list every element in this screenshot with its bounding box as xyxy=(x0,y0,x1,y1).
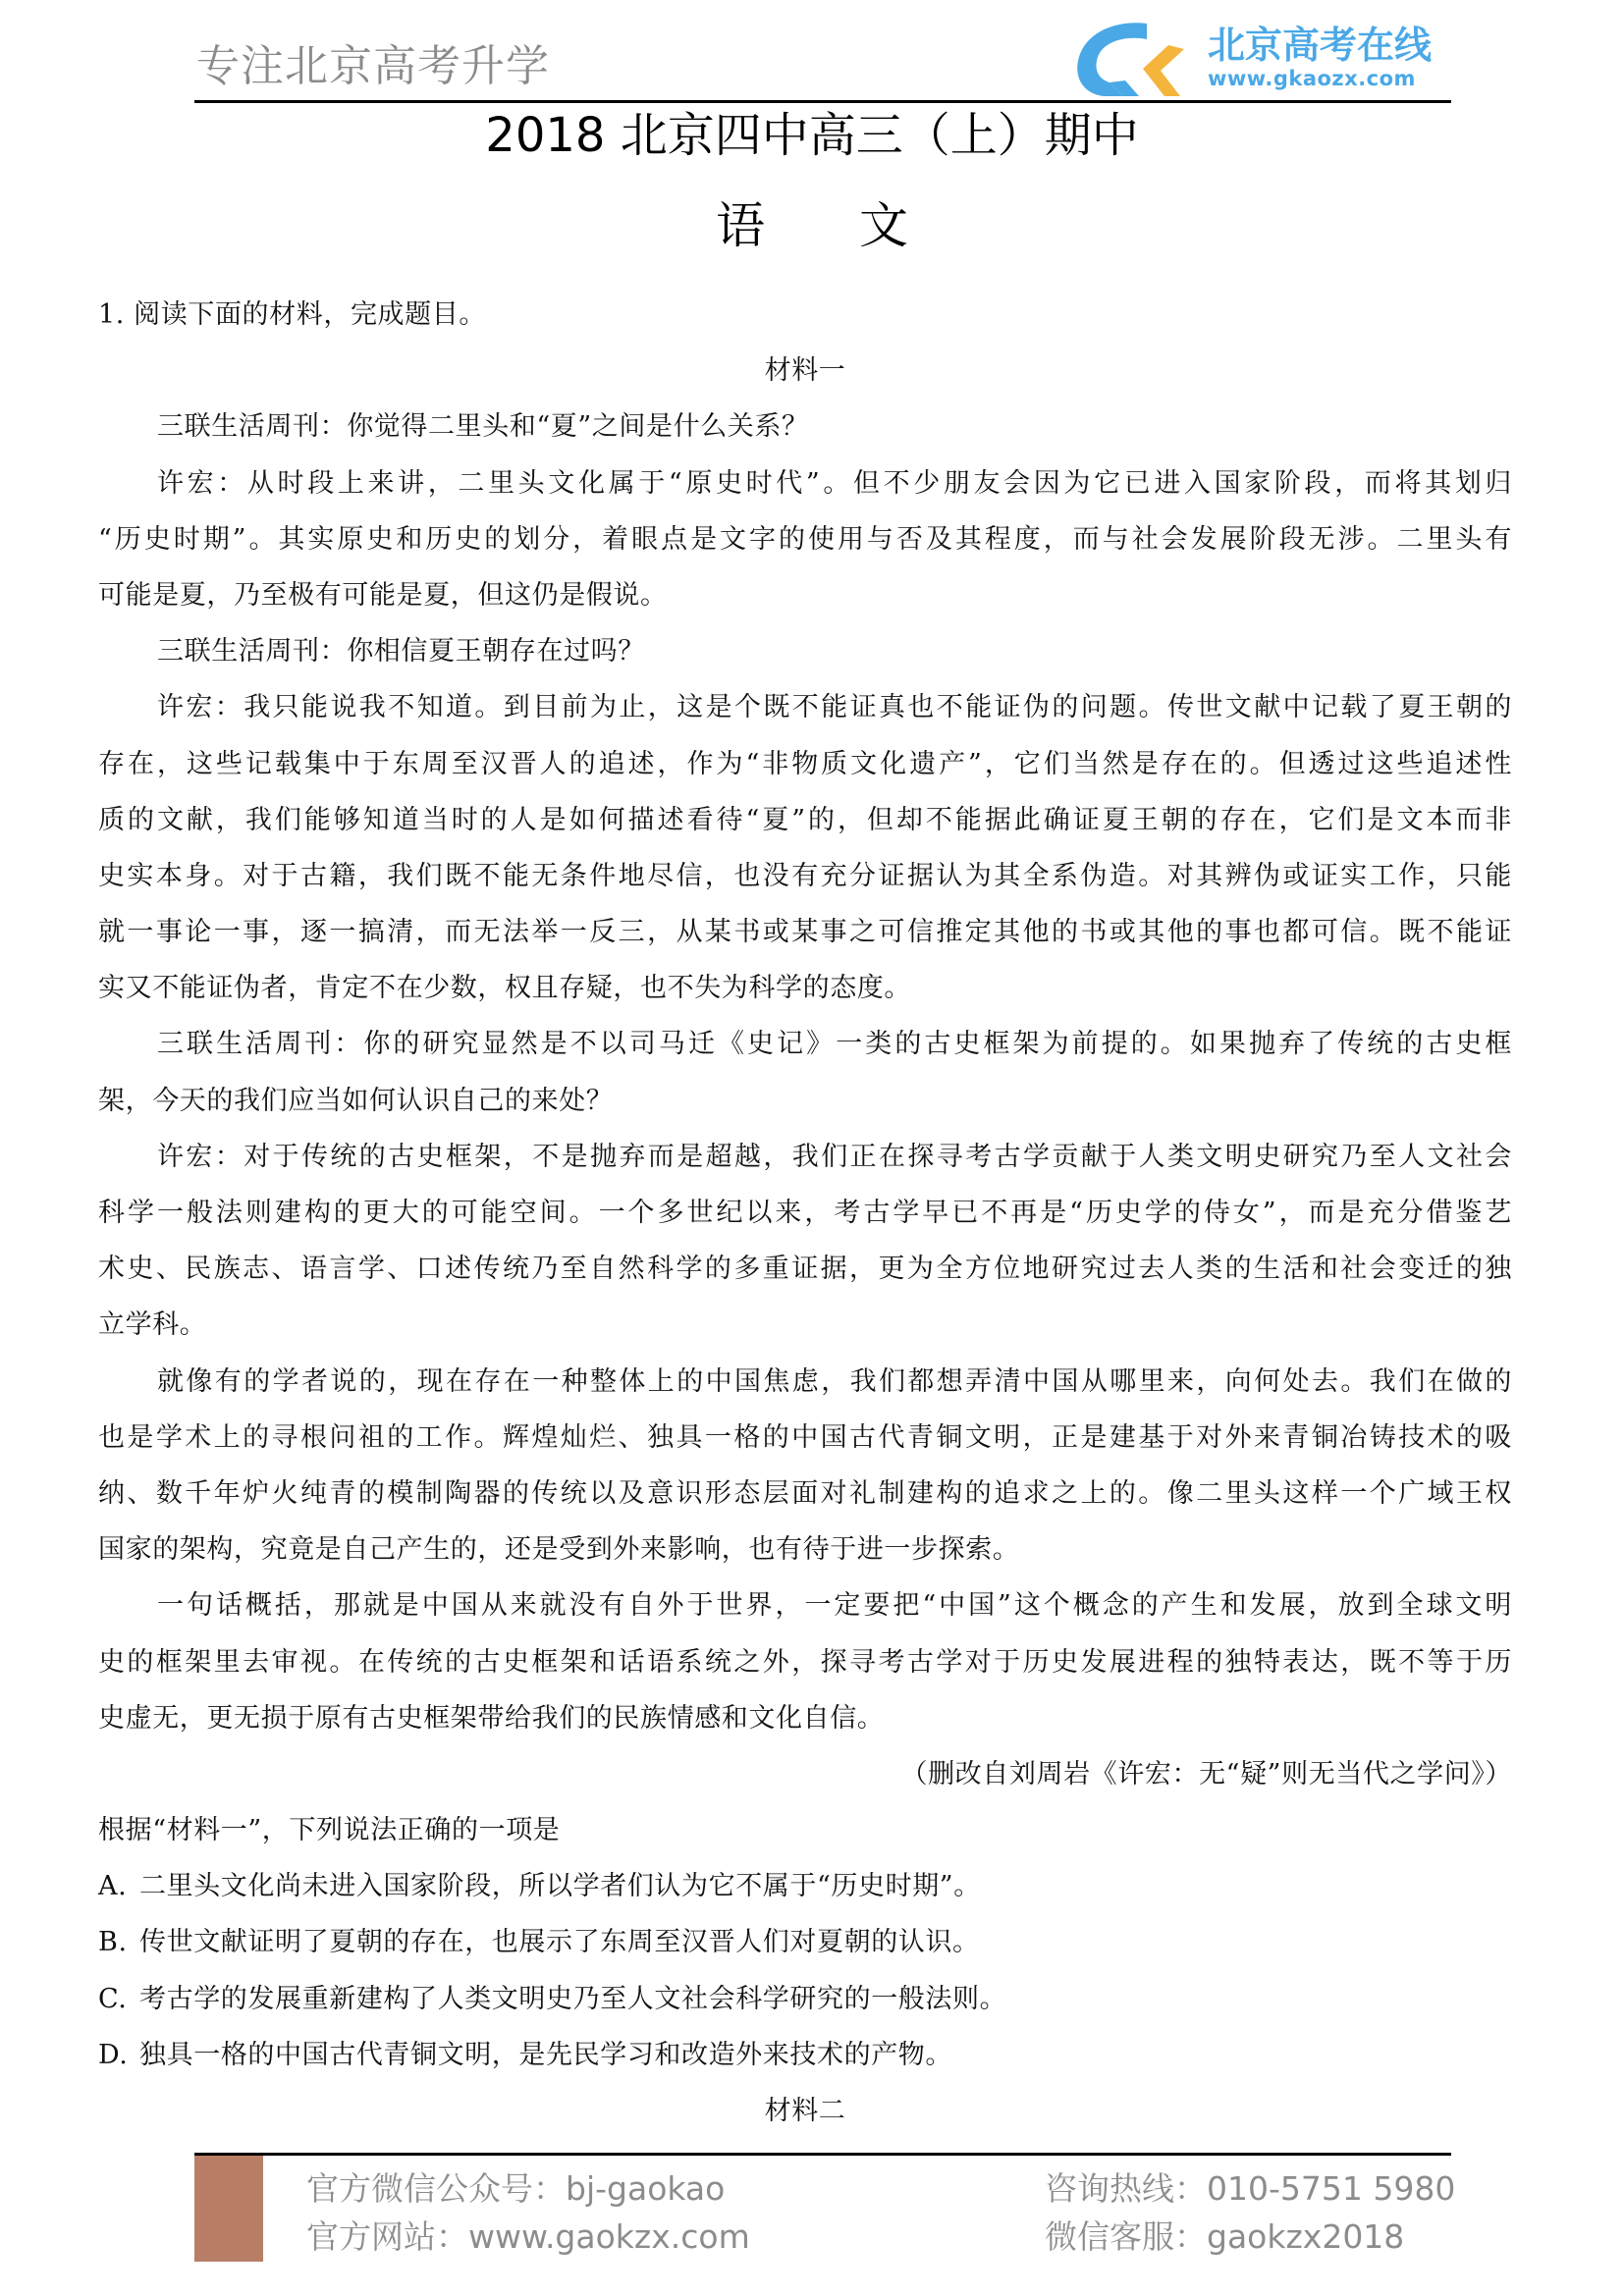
paragraph-line: 一句话概括，那就是中国从来就没有自外于世界，一定要把“中国”这个概念的产生和发展… xyxy=(98,1577,1512,1633)
paragraph-line: 也是学术上的寻根问祖的工作。辉煌灿烂、独具一格的中国古代青铜文明，正是建基于对外… xyxy=(98,1410,1512,1466)
paragraph-line: 可能是夏，乃至极有可能是夏，但这仍是假说。 xyxy=(98,567,1512,623)
document-subject: 语文 xyxy=(0,194,1624,257)
logo-name: 北京高考在线 xyxy=(1208,24,1432,67)
footer-hotline: 咨询热线：010-5751 5980 xyxy=(1045,2169,1455,2209)
paragraph-line: 就一事论一事，逐一搞清，而无法举一反三，从某书或某事之可信推定其他的书或其他的事… xyxy=(98,904,1512,960)
paragraph-line: 存在，这些记载集中于东周至汉晋人的追述，作为“非物质文化遗产”，它们当然是存在的… xyxy=(98,736,1512,792)
header-slogan: 专注北京高考升学 xyxy=(196,39,550,94)
question-prompt: 根据“材料一”，下列说法正确的一项是 xyxy=(98,1802,1512,1858)
paragraph-line: 三联生活周刊：你觉得二里头和“夏”之间是什么关系？ xyxy=(98,399,1512,454)
paragraph-line: 科学一般法则建构的更大的可能空间。一个多世纪以来，考古学早已不再是“历史学的侍女… xyxy=(98,1185,1512,1241)
option-letter: D. xyxy=(98,2027,139,2083)
footer-website-link[interactable]: 官方网站：www.gaokzx.com xyxy=(306,2217,750,2257)
footer-wechat-account: 官方微信公众号：bj-gaokao xyxy=(306,2169,725,2209)
document-title: 2018 北京四中高三（上）期中 xyxy=(0,104,1624,167)
paragraph-line: 实又不能证伪者，肯定不在少数，权且存疑，也不失为科学的态度。 xyxy=(98,960,1512,1016)
paragraph-line: 史实本身。对于古籍，我们既不能无条件地尽信，也没有充分证据认为其全系伪造。对其辨… xyxy=(98,848,1512,904)
source-citation: （删改自刘周岩《许宏：无“疑”则无当代之学问》） xyxy=(98,1746,1512,1802)
footer-divider xyxy=(194,2153,1451,2156)
option-text: 传世文献证明了夏朝的存在，也展示了东周至汉晋人们对夏朝的认识。 xyxy=(139,1927,980,1957)
question-intro: 1. 阅读下面的材料，完成题目。 xyxy=(98,287,1512,343)
paragraph-line: “历史时期”。其实原史和历史的划分，着眼点是文字的使用与否及其程度，而与社会发展… xyxy=(98,511,1512,567)
paragraph-line: 架，今天的我们应当如何认识自己的来处？ xyxy=(98,1073,1512,1129)
material-one-heading: 材料一 xyxy=(98,343,1512,399)
paragraph-line: 术史、民族志、语言学、口述传统乃至自然科学的多重证据，更为全方位地研究过去人类的… xyxy=(98,1241,1512,1297)
option-letter: C. xyxy=(98,1971,139,2027)
page-header: 专注北京高考升学 北京高考在线 www.gkaozx.com xyxy=(0,0,1624,108)
paragraph-line: 国家的架构，究竟是自己产生的，还是受到外来影响，也有待于进一步探索。 xyxy=(98,1522,1512,1577)
logo-url[interactable]: www.gkaozx.com xyxy=(1208,67,1432,90)
subject-char-2: 文 xyxy=(859,194,908,257)
paragraph-line: 许宏：我只能说我不知道。到目前为止，这是个既不能证真也不能证伪的问题。传世文献中… xyxy=(98,679,1512,735)
paragraph-line: 史的框架里去审视。在传统的古史框架和话语系统之外，探寻考古学对于历史发展进程的独… xyxy=(98,1634,1512,1690)
paragraph-line: 纳、数千年炉火纯青的模制陶器的传统以及意识形态层面对礼制建构的追求之上的。像二里… xyxy=(98,1466,1512,1522)
paragraph-line: 立学科。 xyxy=(98,1297,1512,1353)
document-body: 1. 阅读下面的材料，完成题目。 材料一 三联生活周刊：你觉得二里头和“夏”之间… xyxy=(98,287,1512,2139)
answer-option-a[interactable]: A.二里头文化尚未进入国家阶段，所以学者们认为它不属于“历史时期”。 xyxy=(98,1858,1512,1914)
option-letter: A. xyxy=(98,1858,139,1914)
paragraph-line: 质的文献，我们能够知道当时的人是如何描述看待“夏”的，但却不能据此确证夏王朝的存… xyxy=(98,792,1512,848)
answer-option-d[interactable]: D.独具一格的中国古代青铜文明，是先民学习和改造外来技术的产物。 xyxy=(98,2027,1512,2083)
option-text: 考古学的发展重新建构了人类文明史乃至人文社会科学研究的一般法则。 xyxy=(139,1984,1006,2014)
footer-accent-block xyxy=(194,2156,263,2262)
option-text: 独具一格的中国古代青铜文明，是先民学习和改造外来技术的产物。 xyxy=(139,2040,952,2070)
logo-text: 北京高考在线 www.gkaozx.com xyxy=(1208,24,1432,90)
header-divider xyxy=(194,100,1451,103)
gk-logo-icon xyxy=(1070,18,1198,98)
option-letter: B. xyxy=(98,1914,139,1970)
answer-option-b[interactable]: B.传世文献证明了夏朝的存在，也展示了东周至汉晋人们对夏朝的认识。 xyxy=(98,1914,1512,1970)
paragraph-line: 就像有的学者说的，现在存在一种整体上的中国焦虑，我们都想弄清中国从哪里来，向何处… xyxy=(98,1354,1512,1410)
paragraph-line: 史虚无，更无损于原有古史框架带给我们的民族情感和文化自信。 xyxy=(98,1690,1512,1746)
paragraph-line: 许宏：从时段上来讲，二里头文化属于“原史时代”。但不少朋友会因为它已进入国家阶段… xyxy=(98,455,1512,511)
brand-logo[interactable]: 北京高考在线 www.gkaozx.com xyxy=(1070,18,1463,98)
subject-char-1: 语 xyxy=(716,194,765,257)
material-two-heading: 材料二 xyxy=(98,2083,1512,2139)
answer-option-c[interactable]: C.考古学的发展重新建构了人类文明史乃至人文社会科学研究的一般法则。 xyxy=(98,1971,1512,2027)
footer-service-wechat: 微信客服：gaokzx2018 xyxy=(1045,2217,1404,2257)
paragraph-line: 三联生活周刊：你的研究显然是不以司马迁《史记》一类的古史框架为前提的。如果抛弃了… xyxy=(98,1016,1512,1072)
option-text: 二里头文化尚未进入国家阶段，所以学者们认为它不属于“历史时期”。 xyxy=(139,1871,981,1901)
paragraph-line: 三联生活周刊：你相信夏王朝存在过吗？ xyxy=(98,623,1512,679)
paragraph-line: 许宏：对于传统的古史框架，不是抛弃而是超越，我们正在探寻考古学贡献于人类文明史研… xyxy=(98,1129,1512,1185)
